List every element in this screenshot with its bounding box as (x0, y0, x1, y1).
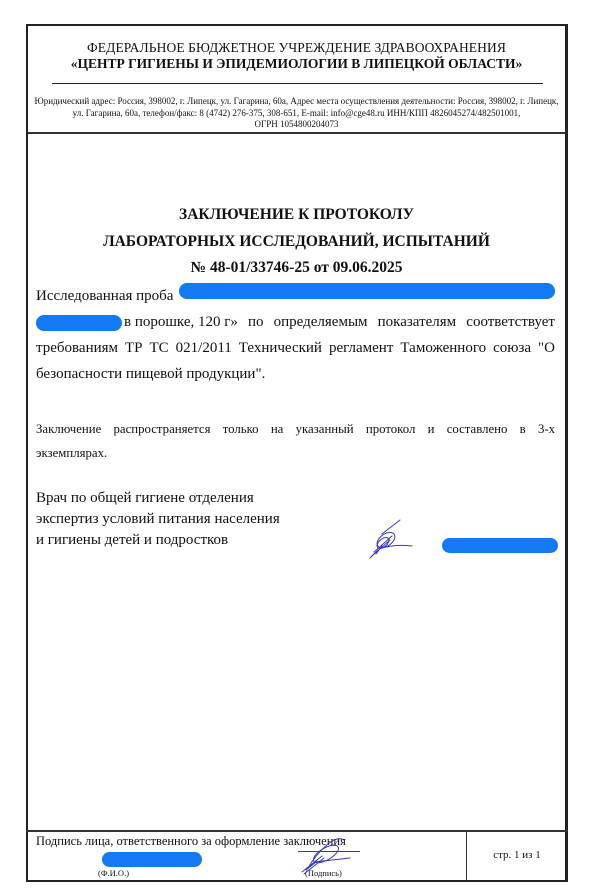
header-divider (52, 83, 543, 84)
organization-name: «ЦЕНТР ГИГИЕНЫ И ЭПИДЕМИОЛОГИИ В ЛИПЕЦКО… (28, 56, 565, 72)
signer-position-line: экспертиз условий питания населения (36, 509, 280, 530)
conclusion-line: безопасности пищевой продукции". (36, 361, 555, 387)
conclusion-word: союза (493, 335, 531, 361)
document-frame: ФЕДЕРАЛЬНОЕ БЮДЖЕТНОЕ УЧРЕЖДЕНИЕ ЗДРАВОО… (26, 24, 568, 882)
scope-note-line: экземплярах. (36, 441, 555, 465)
document-subtitle: ЛАБОРАТОРНЫХ ИССЛЕДОВАНИЙ, ИСПЫТАНИЙ (28, 233, 565, 251)
redacted-responsible-name (102, 852, 202, 867)
footer-table: Подпись лица, ответственного за оформлен… (26, 830, 568, 882)
organization-address: Юридический адрес: Россия, 398002, г. Ли… (32, 96, 561, 131)
conclusion-word: ТС (150, 335, 169, 361)
redacted-signer-name (442, 538, 558, 553)
signer-position-line: Врач по общей гигиене отделения (36, 488, 280, 509)
ogrn-line: ОГРН 1054800204073 (32, 119, 561, 131)
redacted-sample-name (179, 283, 555, 299)
address-line: Юридический адрес: Россия, 398002, г. Ли… (32, 96, 561, 108)
conclusion-word: регламент (329, 335, 393, 361)
scope-note-line: Заключение распространяется только на ук… (36, 422, 555, 436)
redacted-sample-name-continued (36, 315, 122, 331)
conclusion-word: 021/2011 (176, 335, 232, 361)
conclusion-word: соответствует (466, 309, 555, 335)
conclusion-word: показателям (378, 309, 457, 335)
sample-label: Исследованная проба (36, 283, 173, 309)
conclusion-line: требованиямТРТС021/2011Техническийреглам… (36, 335, 555, 361)
conclusion-word: по (248, 309, 264, 335)
conclusion-word: определяемым (274, 309, 368, 335)
sample-line: Исследованная проба (36, 283, 555, 309)
address-divider (28, 132, 565, 134)
conclusion-word: "О (538, 335, 555, 361)
signer-position: Врач по общей гигиене отделения эксперти… (36, 488, 280, 551)
conclusion-word: Технический (239, 335, 322, 361)
conclusion-word: в порошке, 120 г» (36, 309, 238, 335)
signer-position-line: и гигиены детей и подростков (36, 530, 280, 551)
address-line: ул. Гагарина, 60а, телефон/факс: 8 (4742… (32, 108, 561, 120)
fio-caption: (Ф.И.О.) (98, 868, 129, 878)
signature-icon (288, 834, 352, 876)
conclusion-word: ТР (125, 335, 143, 361)
conclusion-word: требованиям (36, 335, 118, 361)
conclusion-paragraph: Исследованная проба в порошке, 120 г»поо… (36, 283, 555, 387)
protocol-number: № 48-01/33746-25 от 09.06.2025 (28, 259, 565, 277)
signature-icon (352, 516, 422, 560)
conclusion-line: в порошке, 120 г»поопределяемымпоказател… (36, 309, 555, 335)
scope-note: Заключение распространяется только на ук… (36, 417, 555, 465)
organization-type: ФЕДЕРАЛЬНОЕ БЮДЖЕТНОЕ УЧРЕЖДЕНИЕ ЗДРАВОО… (28, 40, 565, 56)
conclusion-word: Таможенного (400, 335, 486, 361)
document-title: ЗАКЛЮЧЕНИЕ К ПРОТОКОЛУ (28, 206, 565, 224)
page-number: стр. 1 из 1 (466, 849, 568, 861)
